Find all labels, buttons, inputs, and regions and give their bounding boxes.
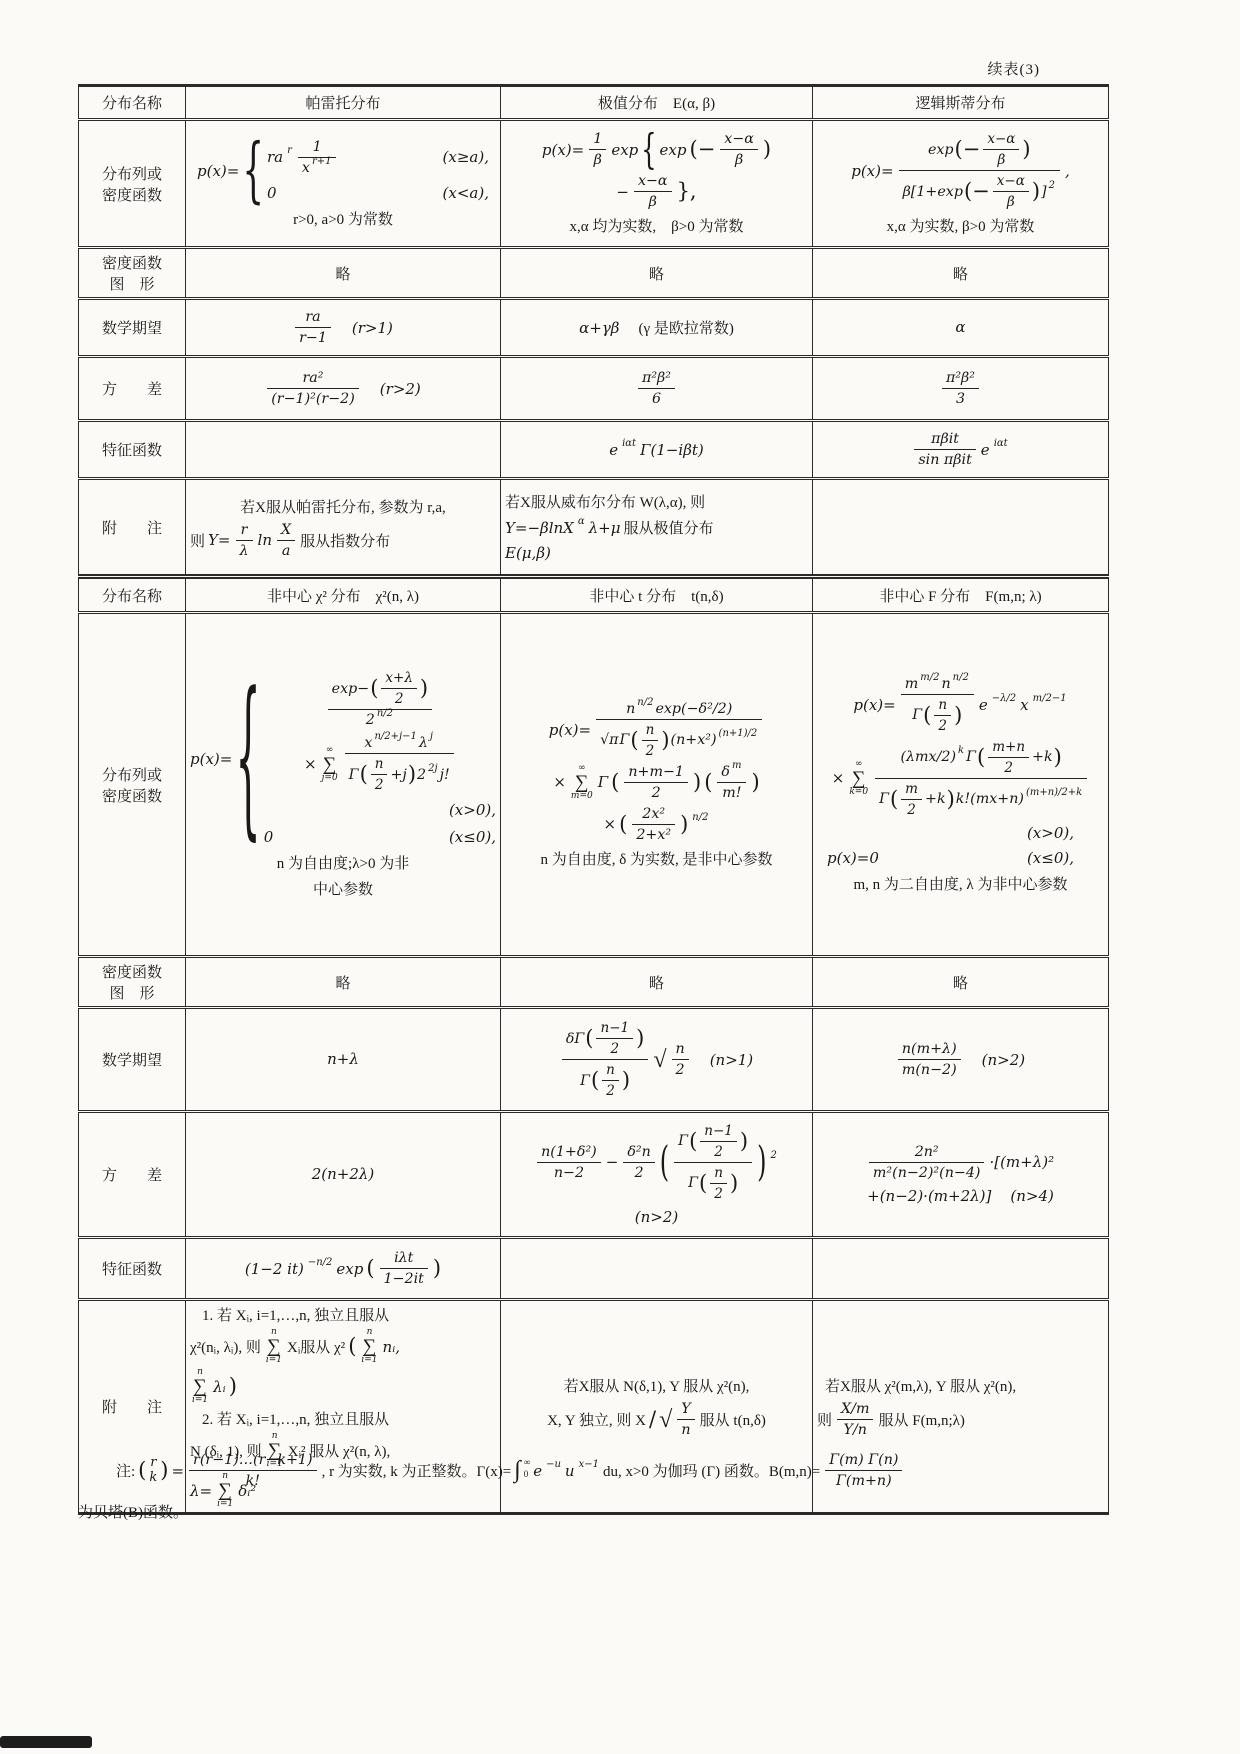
text-token: (−: [964, 181, 990, 202]
text-token: +k: [925, 791, 946, 807]
layout: n−12: [700, 1123, 737, 1160]
text-token: 2: [623, 1163, 654, 1181]
text-token: ]: [1041, 184, 1047, 200]
layout: (x>0),: [264, 800, 496, 820]
layout: δΓ(n−12): [562, 1020, 649, 1060]
cell-s1-cf-extreme: eiαtΓ(1−iβt): [501, 421, 813, 479]
text-token: m=0: [571, 792, 593, 801]
text-token: 1−2it: [380, 1269, 428, 1287]
text-token: n: [602, 1062, 619, 1081]
layout: m2: [901, 781, 922, 818]
cell-s1-cf-logistic: πβitsin πβit eiαt: [813, 421, 1109, 479]
row-label-graph-2: 密度函数图 形: [79, 957, 186, 1008]
text-token: λ: [236, 541, 253, 559]
text-token: 附 注: [83, 517, 181, 538]
text-token: 2: [417, 767, 426, 783]
text-token: {: [641, 129, 656, 170]
text-token: +(n−2)·(m+2λ)]: [867, 1187, 991, 1205]
layout: n2: [642, 722, 659, 759]
text-token: (: [689, 1131, 697, 1152]
text-token: πβit: [914, 431, 975, 450]
row-label-variance: 方 差: [79, 357, 186, 421]
layout: √πΓ( n2 )(n+x²)(n+1)/2: [596, 720, 762, 759]
text-token: n/2: [953, 673, 969, 683]
text-token: i=1: [266, 1356, 282, 1365]
layout: 若X服从威布尔分布 W(λ,α), 则 Y=−βlnXα λ+μ服从极值分布 E…: [505, 491, 808, 563]
text-token: 特征函数: [83, 1258, 181, 1279]
text-token: √π: [600, 732, 618, 748]
text-token: 2x²: [632, 806, 675, 825]
text-token: 服从 F(m,n;λ): [878, 1409, 964, 1430]
layout: n∑i=1: [192, 1368, 208, 1405]
layout: 1β: [589, 131, 606, 168]
text-token: 数学期望: [83, 1049, 181, 1070]
layout: n(1+δ²)n−2: [537, 1144, 601, 1181]
text-token: },: [677, 181, 697, 202]
layout: πβitsin πβit eiαt: [817, 431, 1104, 468]
s1-header-pareto: 帕雷托分布: [186, 86, 501, 120]
text-token: e: [979, 696, 988, 714]
text-token: ): [1054, 747, 1062, 768]
layout: ra²(r−1)²(r−2): [267, 370, 359, 407]
layout: p(x)= { rar 1xr+1 (x≥a), 0: [190, 139, 496, 203]
text-token: ): [693, 772, 701, 793]
text-token: m: [901, 781, 922, 800]
cell-s1-mean-pareto: rar−1 (r>1): [186, 299, 501, 357]
text-token: δ: [721, 764, 730, 780]
text-token: n: [677, 1420, 694, 1438]
layout: n(m+λ)m(n−2) (n>2): [817, 1041, 1104, 1078]
text-token: 2: [642, 741, 659, 759]
text-token: 1: [298, 139, 337, 158]
text-token: j=0: [322, 774, 338, 783]
text-token: 数学期望: [83, 317, 181, 338]
text-token: Γ: [912, 707, 922, 723]
text-token: r+1: [312, 157, 332, 167]
text-token: Xᵢ服从 χ²: [287, 1336, 345, 1357]
text-token: exp−: [332, 681, 370, 697]
text-token: iλt: [380, 1250, 428, 1269]
text-token: 则: [817, 1409, 832, 1430]
layout: × ∞∑j=0 xn/2+j−1λj Γ( n2 +j) 22jj!: [264, 735, 496, 793]
text-token: (: [138, 1460, 146, 1481]
text-token: m: [732, 761, 741, 771]
text-token: 2: [988, 758, 1029, 776]
text-token: δ²n: [623, 1144, 654, 1163]
layout: X, Y 独立, 则 X / √ Yn 服从 t(n,δ): [505, 1401, 808, 1438]
text-token: 方 差: [83, 1164, 181, 1185]
text-token: β: [993, 192, 1029, 210]
cell-s1-cf-pareto: [186, 421, 501, 479]
text-token: m²(n−2)²(n−4): [869, 1163, 985, 1181]
text-token: (: [360, 764, 368, 785]
text-token: x−α: [720, 131, 758, 150]
text-token: Y: [677, 1401, 694, 1420]
text-token: 3: [942, 389, 979, 407]
text-token: ∫: [514, 1457, 521, 1484]
layout: eiαtΓ(1−iβt): [505, 440, 808, 460]
text-token: Γ: [598, 773, 608, 791]
layout: ∞∑j=0: [322, 746, 338, 783]
text-token: 2: [1049, 181, 1055, 191]
layout: × ( 2x²2+x² )n/2: [505, 806, 808, 843]
text-token: ): [954, 705, 962, 726]
scanned-page: 续表(3) 分布名称 帕雷托分布 极值分布 E(α, β) 逻辑斯蒂分布 分布列…: [0, 0, 1240, 1754]
s1-cf-row: 特征函数 eiαtΓ(1−iβt) πβitsin πβit eiαt: [79, 421, 1109, 479]
text-token: α: [578, 517, 585, 527]
text-token: δΓ: [566, 1031, 584, 1047]
text-token: iαt: [994, 439, 1008, 449]
cell-s2-mean-chi2: n+λ: [186, 1008, 501, 1112]
text-token: x,α 为实数, β>0 为常数: [817, 215, 1104, 236]
layout: xr+1: [298, 158, 337, 176]
continuation-label: 续表(3): [988, 58, 1041, 79]
text-token: (r−1)²(r−2): [267, 389, 359, 407]
layout: n2: [672, 1041, 689, 1078]
text-token: (n>2): [635, 1208, 678, 1226]
text-token: (1−2 it): [245, 1260, 304, 1278]
text-token: 2: [366, 712, 375, 728]
layout: 注: ( rk ) = r(r−1)…(r−k+1)k! , r 为实数, k …: [78, 1452, 1144, 1489]
layout: − x−αβ },: [505, 173, 808, 210]
text-token: β: [634, 192, 672, 210]
text-token: β: [589, 150, 606, 168]
cell-s1-mean-logistic: α: [813, 299, 1109, 357]
text-token: m: [905, 676, 919, 692]
distribution-table: 分布名称 帕雷托分布 极值分布 E(α, β) 逻辑斯蒂分布 分布列或密度函数 …: [78, 84, 1109, 1515]
layout: α+γβ(γ 是欧拉常数): [505, 317, 808, 338]
text-token: (: [630, 730, 638, 751]
text-token: k: [149, 1471, 157, 1486]
text-token: X: [277, 522, 295, 541]
layout: p(x)=0(x≤0),: [817, 848, 1104, 868]
layout: p(x)= mm/2nn/2 Γ(n2) e−λ/2 xm/2−1 × ∞∑k=…: [817, 676, 1104, 894]
layout: χ²(nᵢ, λᵢ), 则 n∑i=1 Xᵢ服从 χ² ( n∑i=1 nᵢ,: [190, 1328, 496, 1365]
layout: δ²n2: [623, 1144, 654, 1181]
text-token: ): [757, 1142, 766, 1183]
s2-variance-row: 方 差 2(n+2λ) n(1+δ²)n−2 − δ²n2 ( Γ(n−12) …: [79, 1112, 1109, 1238]
text-token: j: [430, 732, 433, 742]
layout: n(m+λ)m(n−2): [898, 1041, 961, 1078]
text-token: ): [661, 730, 669, 751]
footnote: 注: ( rk ) = r(r−1)…(r−k+1)k! , r 为实数, k …: [78, 1452, 1144, 1522]
text-token: n/2+j−1: [374, 732, 416, 742]
layout: rar 1xr+1: [267, 139, 338, 176]
layout: exp(− x−αβ ) β[1+exp(− x−αβ )]2: [899, 131, 1060, 210]
text-token: 若X服从帕雷托分布, 参数为 r,a,: [190, 496, 496, 517]
layout: (λmx/2)kΓ(m+n2+k): [875, 739, 1087, 779]
row-label-density: 分布列或密度函数: [79, 120, 186, 248]
text-token: ra: [267, 148, 283, 166]
text-token: p(x)=0: [827, 849, 879, 867]
text-token: Γ: [349, 767, 359, 783]
layout: n2: [710, 1165, 727, 1202]
text-token: p(x)=: [851, 162, 893, 180]
layout: p(x)= { exp−( x+λ2 ) 2n/2: [190, 670, 496, 899]
text-token: E(μ,β): [505, 543, 808, 563]
text-token: 密度函数: [83, 961, 181, 982]
layout: ∞0: [524, 1457, 530, 1480]
text-token: ): [229, 1376, 237, 1397]
text-token: 2: [381, 689, 417, 707]
text-token: 特征函数: [83, 439, 181, 460]
cell-s1-density-pareto: p(x)= { rar 1xr+1 (x≥a), 0: [186, 120, 501, 248]
text-token: 2: [901, 800, 922, 818]
text-token: −: [606, 1153, 619, 1171]
layout: δΓ(n−12) Γ(n2): [562, 1020, 649, 1099]
text-token: 2n²: [869, 1144, 985, 1163]
text-token: x−α: [634, 173, 672, 192]
text-token: x: [364, 735, 372, 751]
layout: πβitsin πβit: [914, 431, 975, 468]
text-token: ∑: [323, 755, 337, 774]
text-token: x,α 均为实数, β>0 为常数: [505, 215, 808, 236]
text-token: ra²: [267, 370, 359, 389]
text-token: π²β²: [638, 370, 675, 389]
layout: 2n/2: [328, 710, 432, 728]
layout: ∞∑k=0: [849, 760, 868, 797]
cell-s1-variance-logistic: π²β²3: [813, 357, 1109, 421]
text-token: Γ: [688, 1175, 698, 1191]
layout: n2: [934, 697, 951, 734]
text-token: (r>1): [352, 319, 393, 337]
text-token: ×: [553, 773, 566, 791]
text-token: (: [366, 1258, 374, 1279]
layout: Xa: [277, 522, 295, 559]
s2-header-row: 分布名称 非中心 χ² 分布 χ²(n, λ) 非中心 t 分布 t(n,δ) …: [79, 577, 1109, 613]
text-token: α: [955, 318, 965, 336]
layout: exp−( x+λ2 ) 2n/2: [264, 670, 496, 728]
text-token: 略: [335, 267, 350, 283]
text-token: −: [616, 183, 629, 201]
layout: n∑i=1: [266, 1328, 282, 1365]
text-token: n+λ: [327, 1050, 359, 1068]
row-label-mean-2: 数学期望: [79, 1008, 186, 1112]
text-token: Γ: [678, 1133, 688, 1149]
scan-artifact: [0, 1736, 92, 1748]
text-token: 2: [371, 775, 388, 793]
layout: 2n²m²(n−2)²(n−4) ·[(m+λ)² +(n−2)·(m+2λ)]…: [817, 1144, 1104, 1206]
row-label-cf: 特征函数: [79, 421, 186, 479]
text-token: (x<a),: [443, 184, 489, 202]
layout: π²β²3: [817, 370, 1104, 407]
layout: 0(x≤0),: [264, 827, 496, 847]
text-token: Γ(1−iβt): [640, 441, 704, 459]
layout: Γ(n2): [562, 1060, 649, 1099]
text-token: (n+x²): [671, 732, 717, 748]
text-token: ∑: [363, 1337, 377, 1356]
text-token: 分布名称: [83, 92, 181, 113]
row-label-mean: 数学期望: [79, 299, 186, 357]
text-token: exp: [611, 141, 638, 159]
text-token: (x≥a),: [443, 148, 489, 166]
text-token: r−1: [295, 328, 331, 346]
text-token: (m+n)/2+k: [1026, 788, 1082, 798]
text-token: n: [672, 1041, 689, 1060]
layout: rar−1: [295, 309, 331, 346]
text-token: 0: [524, 1469, 529, 1480]
text-token: (x≤0),: [449, 828, 496, 846]
s2-header-noncentral-chi2: 非中心 χ² 分布 χ²(n, λ): [186, 577, 501, 613]
text-token: −λ/2: [992, 694, 1016, 704]
text-token: (−: [690, 139, 716, 160]
text-token: m!: [717, 783, 746, 801]
text-token: 2j: [428, 764, 437, 774]
layout: rar 1xr+1 (x≥a),: [267, 139, 489, 176]
text-token: k!(mx+n): [956, 791, 1024, 807]
text-token: r: [236, 522, 253, 541]
layout: n∑i=1: [361, 1328, 377, 1365]
layout: δΓ(n−12) Γ(n2) √ n2 (n>1): [505, 1020, 808, 1099]
layout: n+m−12: [624, 764, 688, 801]
text-token: n−1: [700, 1123, 737, 1142]
text-token: 非中心 χ² 分布 χ²(n, λ): [267, 589, 419, 605]
layout: mm/2nn/2 Γ(n2): [901, 676, 974, 734]
text-token: 极值分布 E(α, β): [598, 96, 715, 112]
text-token: 1. 若 Xᵢ, i=1,…,n, 独立且服从: [190, 1304, 496, 1325]
text-token: {: [242, 135, 264, 206]
cell-s1-variance-pareto: ra²(r−1)²(r−2) (r>2): [186, 357, 501, 421]
text-token: λ+μ: [589, 519, 621, 537]
text-token: x: [1020, 696, 1028, 714]
text-token: 分布列或: [83, 163, 181, 184]
text-token: n/2: [637, 698, 653, 708]
text-token: ): [420, 678, 428, 699]
s1-header-row: 分布名称 帕雷托分布 极值分布 E(α, β) 逻辑斯蒂分布: [79, 86, 1109, 120]
text-token: 图 形: [83, 273, 181, 294]
text-token: 略: [953, 267, 968, 283]
layout: x+λ2: [381, 670, 417, 707]
text-token: 帕雷托分布: [305, 96, 380, 112]
cell-s1-density-logistic: p(x)= exp(− x−αβ ) β[1+exp(− x−αβ )]2: [813, 120, 1109, 248]
text-token: 密度函数: [83, 184, 181, 205]
text-token: iαt: [622, 439, 636, 449]
text-token: n−2: [537, 1163, 601, 1181]
text-token: x−1: [579, 1460, 599, 1470]
text-token: ∞: [524, 1457, 530, 1468]
text-token: r(r−1)…(r−k+1): [189, 1452, 317, 1471]
cell-s2-density-chi2: p(x)= { exp−( x+λ2 ) 2n/2: [186, 613, 501, 957]
s1-header-extreme: 极值分布 E(α, β): [501, 86, 813, 120]
text-token: p(x)=: [190, 750, 232, 768]
layout: mm/2nn/2: [901, 676, 974, 695]
text-token: p(x)=: [542, 141, 584, 159]
text-token: 0: [264, 828, 274, 846]
text-token: π²β²: [942, 370, 979, 389]
layout: p(x)= 1β exp { exp (− x−αβ ): [505, 131, 808, 168]
layout: δmm!: [717, 764, 746, 801]
layout: p(x)= exp(− x−αβ ) β[1+exp(− x−αβ )]2: [817, 131, 1104, 236]
text-token: m(n−2): [898, 1060, 961, 1078]
text-token: i=1: [192, 1396, 208, 1405]
text-token: (: [699, 1173, 707, 1194]
cell-s2-density-f: p(x)= mm/2nn/2 Γ(n2) e−λ/2 xm/2−1 × ∞∑k=…: [813, 613, 1109, 957]
text-token: n: [710, 1165, 727, 1184]
text-token: 2: [624, 783, 688, 801]
layout: X/mY/n: [837, 1401, 873, 1438]
layout: 分布名称 帕雷托分布 极值分布 E(α, β) 逻辑斯蒂分布 分布列或密度函数 …: [79, 86, 1109, 1514]
text-token: 2: [934, 716, 951, 734]
text-token: ): [751, 772, 759, 793]
text-token: n: [642, 722, 659, 741]
text-token: 非中心 F 分布 F(m,n; λ): [879, 589, 1041, 605]
layout: 2n²m²(n−2)²(n−4): [869, 1144, 985, 1181]
text-token: (: [591, 1070, 599, 1091]
layout: Y=−βlnXα λ+μ服从极值分布: [505, 517, 808, 538]
s1-graph-row: 密度函数图 形 略 略 略: [79, 248, 1109, 299]
text-token: √: [653, 1048, 666, 1072]
text-token: n(1+δ²): [537, 1144, 601, 1163]
layout: 1xr+1: [298, 139, 337, 176]
text-token: X, Y 独立, 则 X: [547, 1409, 646, 1430]
layout: x−αβ: [993, 173, 1029, 210]
text-token: sin πβit: [914, 450, 975, 468]
text-token: p(x)=: [197, 162, 239, 180]
text-token: j!: [440, 767, 450, 783]
text-token: 若X服从 χ²(m,λ), Y 服从 χ²(n),: [817, 1375, 1104, 1396]
text-token: e: [609, 441, 618, 459]
layout: Γ(m2+k)k!(mx+n)(m+n)/2+k: [875, 779, 1087, 818]
cell-s2-density-t: p(x)= nn/2exp(−δ²/2) √πΓ( n2 )(n+x²)(n+1…: [501, 613, 813, 957]
text-token: 略: [649, 976, 664, 992]
cell-s2-cf-f: [813, 1238, 1109, 1300]
layout: (n>2): [505, 1207, 808, 1227]
s2-cf-row: 特征函数 (1−2 it)−n/2 exp ( iλt1−2it ): [79, 1238, 1109, 1300]
text-token: (r>2): [380, 380, 421, 398]
layout: p(x)= 1β exp { exp (− x−αβ ) − x−αβ },: [505, 131, 808, 236]
layout: n∑i=1 λᵢ ): [190, 1368, 496, 1405]
layout: π²β²3: [942, 370, 979, 407]
cell-s1-graph-extreme: 略: [501, 248, 813, 299]
layout: n2: [371, 756, 388, 793]
text-token: (: [348, 1336, 356, 1357]
text-token: m, n 为二自由度, λ 为非中心参数: [817, 873, 1104, 894]
layout: Γ(n−12): [674, 1123, 752, 1163]
row-label-notes: 附 注: [79, 479, 186, 577]
text-token: ): [1022, 139, 1030, 160]
text-token: x−α: [993, 173, 1029, 192]
text-token: 逻辑斯蒂分布: [915, 96, 1005, 112]
cell-s1-notes-pareto: 若X服从帕雷托分布, 参数为 r,a, 则 Y= rλ ln Xa 服从指数分布: [186, 479, 501, 577]
text-token: −n/2: [308, 1258, 333, 1268]
text-token: 服从极值分布: [623, 517, 713, 538]
layout: Yn: [677, 1401, 694, 1438]
layout: r(r−1)…(r−k+1)k!: [189, 1452, 317, 1489]
text-token: m/2: [920, 673, 939, 683]
text-token: ·[(m+λ)²: [989, 1153, 1054, 1171]
layout: 若X服从帕雷托分布, 参数为 r,a, 则 Y= rλ ln Xa 服从指数分布: [190, 496, 496, 559]
cell-s1-graph-logistic: 略: [813, 248, 1109, 299]
text-token: 2: [700, 1142, 737, 1160]
text-token: 若X服从威布尔分布 W(λ,α), 则: [505, 491, 808, 512]
text-token: Γ: [580, 1073, 590, 1089]
layout: 2x²2+x²: [632, 806, 675, 843]
text-token: 2: [710, 1184, 727, 1202]
text-token: 2. 若 Xᵢ, i=1,…,n, 独立且服从: [190, 1408, 496, 1429]
text-token: Γ(m) Γ(n): [825, 1452, 902, 1471]
cell-s2-mean-t: δΓ(n−12) Γ(n2) √ n2 (n>1): [501, 1008, 813, 1112]
text-token: 1: [589, 131, 606, 150]
layout: 2n²m²(n−2)²(n−4) ·[(m+λ)²: [817, 1144, 1104, 1181]
text-token: Γ: [620, 732, 630, 748]
text-token: χ²(nᵢ, λᵢ), 则: [190, 1336, 261, 1357]
layout: p(x)= { rar 1xr+1 (x≥a), 0: [190, 139, 496, 229]
layout: Γ(n2): [674, 1163, 752, 1202]
text-token: (n>2): [982, 1051, 1025, 1069]
s1-notes-row: 附 注 若X服从帕雷托分布, 参数为 r,a, 则 Y= rλ ln Xa 服从…: [79, 479, 1109, 577]
layout: nn/2exp(−δ²/2): [596, 701, 762, 720]
text-token: 中心参数: [190, 878, 496, 899]
